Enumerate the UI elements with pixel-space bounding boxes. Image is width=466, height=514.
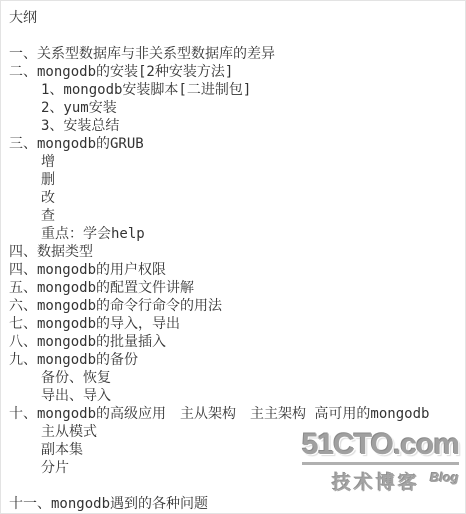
outline-item-2: 二、mongodb的安装[2种安装方法] [9, 63, 465, 81]
blank-line [9, 27, 465, 45]
outline-subitem-2-1: 1、mongodb安装脚本[二进制包] [9, 81, 465, 99]
outline-subitem-9-2: 导出、导入 [9, 387, 465, 405]
51cto-logo: 51CTO.com [302, 430, 459, 465]
outline-item-10: 十、mongodb的高级应用 主从架构 主主架构 高可用的mongodb [9, 405, 465, 423]
watermark-subtitle: 技术博客 [332, 473, 420, 494]
outline-subitem-3-2: 删 [9, 171, 465, 189]
outline-subitem-2-3: 3、安装总结 [9, 117, 465, 135]
outline-item-9: 九、mongodb的备份 [9, 351, 465, 369]
watermark-blog-label: Blog [430, 470, 459, 485]
outline-subitem-9-1: 备份、恢复 [9, 369, 465, 387]
outline-subitem-3-1: 增 [9, 153, 465, 171]
outline-item-4a: 四、数据类型 [9, 243, 465, 261]
outline-subitem-3-3: 改 [9, 189, 465, 207]
outline-item-5: 五、mongodb的配置文件讲解 [9, 279, 465, 297]
outline-item-1: 一、关系型数据库与非关系型数据库的差异 [9, 45, 465, 63]
outline-item-8: 八、mongodb的批量插入 [9, 333, 465, 351]
outline-item-7: 七、mongodb的导入，导出 [9, 315, 465, 333]
outline-subitem-3-4: 查 [9, 207, 465, 225]
document-page: 大纲 一、关系型数据库与非关系型数据库的差异 二、mongodb的安装[2种安装… [0, 0, 466, 514]
outline-item-6: 六、mongodb的命令行命令的用法 [9, 297, 465, 315]
outline-item-11: 十一、mongodb遇到的各种问题 [9, 495, 465, 513]
page-title: 大纲 [9, 9, 465, 27]
outline-subitem-2-2: 2、yum安装 [9, 99, 465, 117]
outline-subitem-3-5: 重点：学会help [9, 225, 465, 243]
outline-item-3: 三、mongodb的GRUB [9, 135, 465, 153]
outline-item-4b: 四、mongodb的用户权限 [9, 261, 465, 279]
51cto-watermark: 51CTO.com 技术博客Blog [302, 430, 459, 495]
